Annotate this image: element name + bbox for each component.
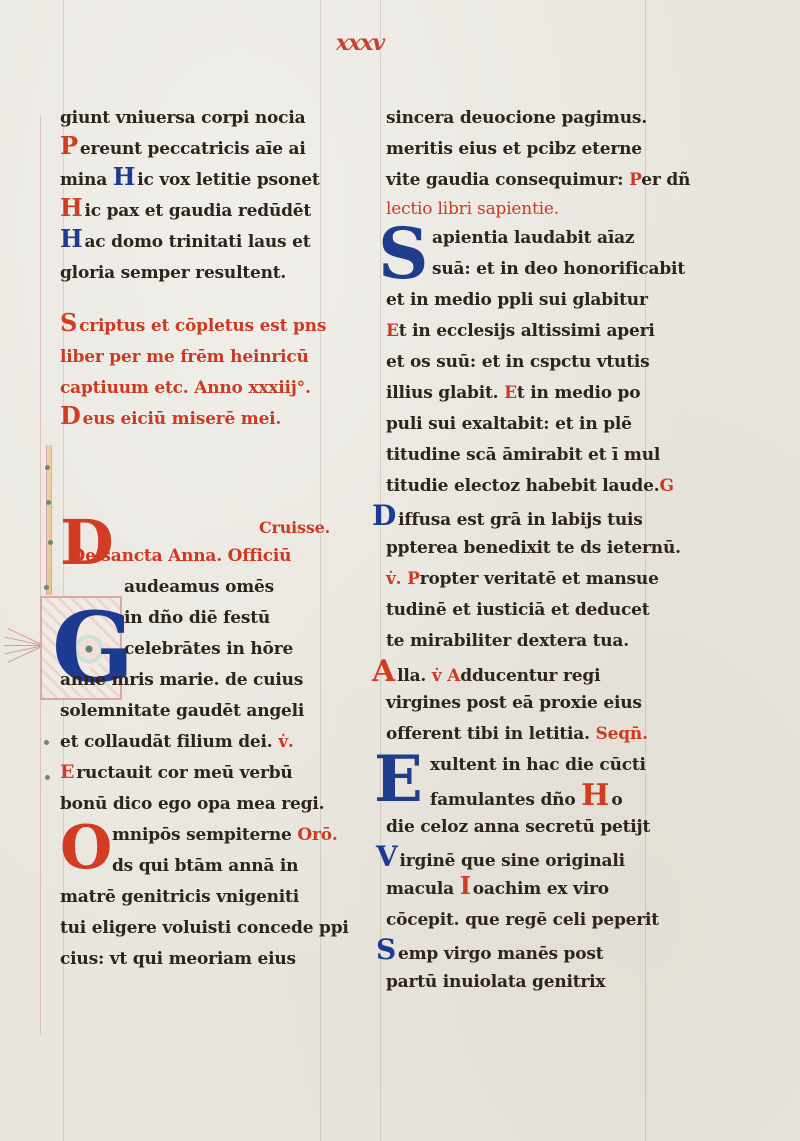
red-initial: A — [372, 657, 395, 687]
ruling-line — [380, 0, 381, 1141]
text-line: Omnipōs sempiterne Orō. — [60, 820, 350, 851]
text-line: audeamus omēs — [60, 572, 350, 603]
text-line: gloria semper resultent. — [60, 258, 350, 289]
text-line: in dño diē festū — [60, 603, 350, 634]
line-text: suā: et in deo honorificabit — [432, 259, 685, 279]
red-initial: H — [60, 196, 82, 220]
text-line: tui eligere voluisti concede ppi — [60, 913, 350, 944]
line-text: lla. — [397, 666, 426, 686]
line-text: celebrātes in hōre — [124, 639, 293, 659]
red-initial: H — [581, 781, 609, 811]
line-text: matrē genitricis vnigeniti — [60, 887, 299, 907]
line-text: ereunt peccatricis aīe ai — [80, 139, 306, 159]
line-text: eus eiciū miserē mei. — [83, 409, 282, 429]
oratio-rubric: Orō. — [297, 825, 337, 845]
text-line: celebrātes in hōre — [60, 634, 350, 665]
border-dot — [48, 540, 53, 545]
text-line: matrē genitricis vnigeniti — [60, 882, 350, 913]
line-text: partū inuiolata genitrix — [386, 972, 605, 992]
right-column: sincera deuocione pagimus. meritis eius … — [386, 103, 676, 998]
text-line: cōcepit. que regē celi peperit — [386, 905, 676, 936]
text-line: v̇. Propter veritatē et mansue — [386, 564, 676, 595]
text-line: et os suū: et in cspctu vtutis — [386, 347, 676, 378]
text-line: Semp virgo manēs post — [386, 936, 676, 967]
text-line: Et in ecclesijs altissimi aperi — [386, 316, 676, 347]
rubric-heading: DDe sancta Anna. Officiū — [60, 541, 350, 572]
line-text: mina — [60, 170, 113, 190]
line-text: dducentur regi — [460, 666, 600, 686]
text-line: Pereunt peccatricis aīe ai — [60, 134, 350, 165]
red-initial: E — [60, 763, 74, 782]
line-text: in dño diē festū — [124, 608, 270, 628]
text-line: giunt vniuersa corpi nocia — [60, 103, 350, 134]
line-text: ic vox letitie psonet — [137, 170, 319, 190]
line-text: liber per me frēm heinricū — [60, 347, 309, 367]
line-text: criptus et cōpletus est pns — [79, 316, 326, 336]
rubric-initial: P — [407, 569, 420, 589]
blue-initial: H — [60, 227, 82, 251]
text-line: ppterea benedixit te ds ieternū. — [386, 533, 676, 564]
line-text: macula — [386, 879, 454, 899]
rubric-heading-right: Cruisse. — [60, 515, 350, 541]
text-line: meritis eius et pcibz eterne — [386, 134, 676, 165]
text-line: puli sui exaltabit: et in plē — [386, 409, 676, 440]
versicle-mark: v̇. — [278, 732, 293, 752]
red-initial: S — [60, 311, 77, 335]
line-text: er dñ — [641, 170, 690, 190]
text-line: Alla. v̇ Adducentur regi — [386, 657, 676, 688]
text-line: et collaudāt filium dei. v̇. — [60, 727, 350, 758]
line-text: solemnitate gaudēt angeli — [60, 701, 304, 721]
rubric-text: Cruisse. — [259, 518, 330, 537]
line-text: apientia laudabit aīaz — [432, 228, 634, 248]
left-column: giunt vniuersa corpi nocia Pereunt pecca… — [60, 103, 350, 975]
rubric-initial: A — [447, 666, 460, 686]
line-text: bonū dico ego opa mea regi. — [60, 794, 324, 814]
text-line: mina Hic vox letitie psonet — [60, 165, 350, 196]
line-text: t in ecclesijs altissimi aperi — [399, 321, 655, 341]
line-text: giunt vniuersa corpi nocia — [60, 108, 305, 128]
blue-initial: S — [376, 936, 396, 964]
folio-number: xxxv — [336, 30, 384, 56]
text-line: Hic pax et gaudia redūdēt — [60, 196, 350, 227]
rubric-initial: E — [386, 321, 399, 341]
colophon-line: captiuum etc. Anno xxxiij°. — [60, 373, 350, 404]
text-line: solemnitate gaudēt angeli — [60, 696, 350, 727]
rubric-initial: E — [504, 383, 517, 403]
text-line: anne mris marie. de cuius — [60, 665, 350, 696]
border-dot — [45, 465, 50, 470]
versicle-mark: v̇. — [386, 569, 401, 589]
lectio-rubric: lectio libri sapientie. — [386, 196, 676, 223]
line-text: audeamus omēs — [124, 577, 274, 597]
text-line: suā: et in deo honorificabit — [386, 254, 676, 285]
text-line: Sapientia laudabit aīaz — [386, 223, 676, 254]
line-text: ppterea benedixit te ds ieternū. — [386, 538, 681, 558]
text-line: die celoz anna secretū petijt — [386, 812, 676, 843]
red-initial: P — [60, 134, 78, 158]
blue-initial: V — [376, 843, 398, 871]
rubric-initial: P — [629, 170, 641, 190]
red-initial: I — [460, 874, 471, 898]
text-line: Hac domo trinitati laus et — [60, 227, 350, 258]
line-text: oachim ex viro — [473, 879, 609, 899]
text-line: titudine scā āmirabit et ī mul — [386, 440, 676, 471]
text-line: et in medio ppli sui glabitur — [386, 285, 676, 316]
line-text: xultent in hac die cūcti — [430, 755, 646, 775]
line-text: ds qui btām annā in — [112, 856, 298, 876]
text-line: Diffusa est grā in labijs tuis — [386, 502, 676, 533]
text-line: Eructauit cor meū verbū — [60, 758, 350, 789]
text-line: te mirabiliter dextera tua. — [386, 626, 676, 657]
border-dot — [46, 500, 51, 505]
colophon-line: Deus eiciū miserē mei. — [60, 404, 350, 435]
text-line: illius glabit. Et in medio po — [386, 378, 676, 409]
line-text: cius: vt qui meoriam eius — [60, 949, 296, 969]
line-text: mnipōs sempiterne — [112, 825, 292, 845]
text-line: famulantes dño Ho — [386, 781, 676, 812]
text-line: sincera deuocione pagimus. — [386, 103, 676, 134]
text-line: cius: vt qui meoriam eius — [60, 944, 350, 975]
line-text: vite gaudia consequimur: — [386, 170, 623, 190]
line-text: et collaudāt filium dei. — [60, 732, 272, 752]
text-line: partū inuiolata genitrix — [386, 967, 676, 998]
line-text: famulantes dño — [430, 790, 575, 810]
text-line: Exultent in hac die cūcti — [386, 750, 676, 781]
versicle-mark: v̇ — [432, 666, 442, 686]
line-text: emp virgo manēs post — [398, 944, 603, 964]
line-text: ic pax et gaudia redūdēt — [84, 201, 311, 221]
line-text: puli sui exaltabit: et in plē — [386, 414, 632, 434]
line-text: cōcepit. que regē celi peperit — [386, 910, 659, 930]
line-text: ropter veritatē et mansue — [420, 569, 659, 589]
line-text: ac domo trinitati laus et — [84, 232, 310, 252]
line-text: die celoz anna secretū petijt — [386, 817, 650, 837]
spacer — [60, 289, 350, 311]
colophon-line: Scriptus et cōpletus est pns — [60, 311, 350, 342]
line-text: offerent tibi in letitia. — [386, 724, 590, 744]
red-ruling-line — [40, 115, 41, 1035]
line-text: o — [611, 790, 622, 810]
colophon-line: liber per me frēm heinricū — [60, 342, 350, 373]
line-text: sincera deuocione pagimus. — [386, 108, 647, 128]
line-text: captiuum etc. Anno xxxiij°. — [60, 378, 311, 398]
line-text: anne mris marie. de cuius — [60, 670, 303, 690]
line-text: iffusa est grā in labijs tuis — [398, 510, 643, 530]
line-text: tui eligere voluisti concede ppi — [60, 918, 349, 938]
line-text: et os suū: et in cspctu vtutis — [386, 352, 650, 372]
blue-initial: D — [372, 502, 396, 530]
line-text: titudine scā āmirabit et ī mul — [386, 445, 660, 465]
sequence-rubric: Seqn̄. — [596, 724, 648, 744]
line-text: t in medio po — [517, 383, 641, 403]
line-text: irginē que sine originali — [400, 851, 625, 871]
rubric-text: De sancta Anna. Officiū — [71, 546, 292, 566]
border-dot — [44, 740, 49, 745]
line-text: et in medio ppli sui glabitur — [386, 290, 648, 310]
line-text: te mirabiliter dextera tua. — [386, 631, 629, 651]
line-text: tudinē et iusticiā et deducet — [386, 600, 649, 620]
blue-initial: H — [113, 165, 135, 189]
line-text: meritis eius et pcibz eterne — [386, 139, 642, 159]
text-line: offerent tibi in letitia. Seqn̄. — [386, 719, 676, 750]
line-text: illius glabit. — [386, 383, 498, 403]
red-initial: D — [60, 404, 81, 428]
border-dot — [45, 775, 50, 780]
border-dot — [44, 585, 49, 590]
line-text: virgines post eā proxie eius — [386, 693, 642, 713]
text-line: macula Ioachim ex viro — [386, 874, 676, 905]
line-text: titudie electoz habebit laude. — [386, 476, 659, 496]
text-line: ds qui btām annā in — [60, 851, 350, 882]
gradual-rubric: G — [659, 476, 673, 496]
text-line: vite gaudia consequimur: Per dñ — [386, 165, 676, 196]
text-line: titudie electoz habebit laude.G — [386, 471, 676, 502]
line-text: ructauit cor meū verbū — [76, 763, 292, 783]
text-line: tudinē et iusticiā et deducet — [386, 595, 676, 626]
line-text: gloria semper resultent. — [60, 263, 286, 283]
spacer — [60, 435, 350, 515]
text-line: Virginē que sine originali — [386, 843, 676, 874]
manuscript-page: xxxv D G giunt vniuersa corpi nocia Pere… — [0, 0, 800, 1141]
text-line: virgines post eā proxie eius — [386, 688, 676, 719]
